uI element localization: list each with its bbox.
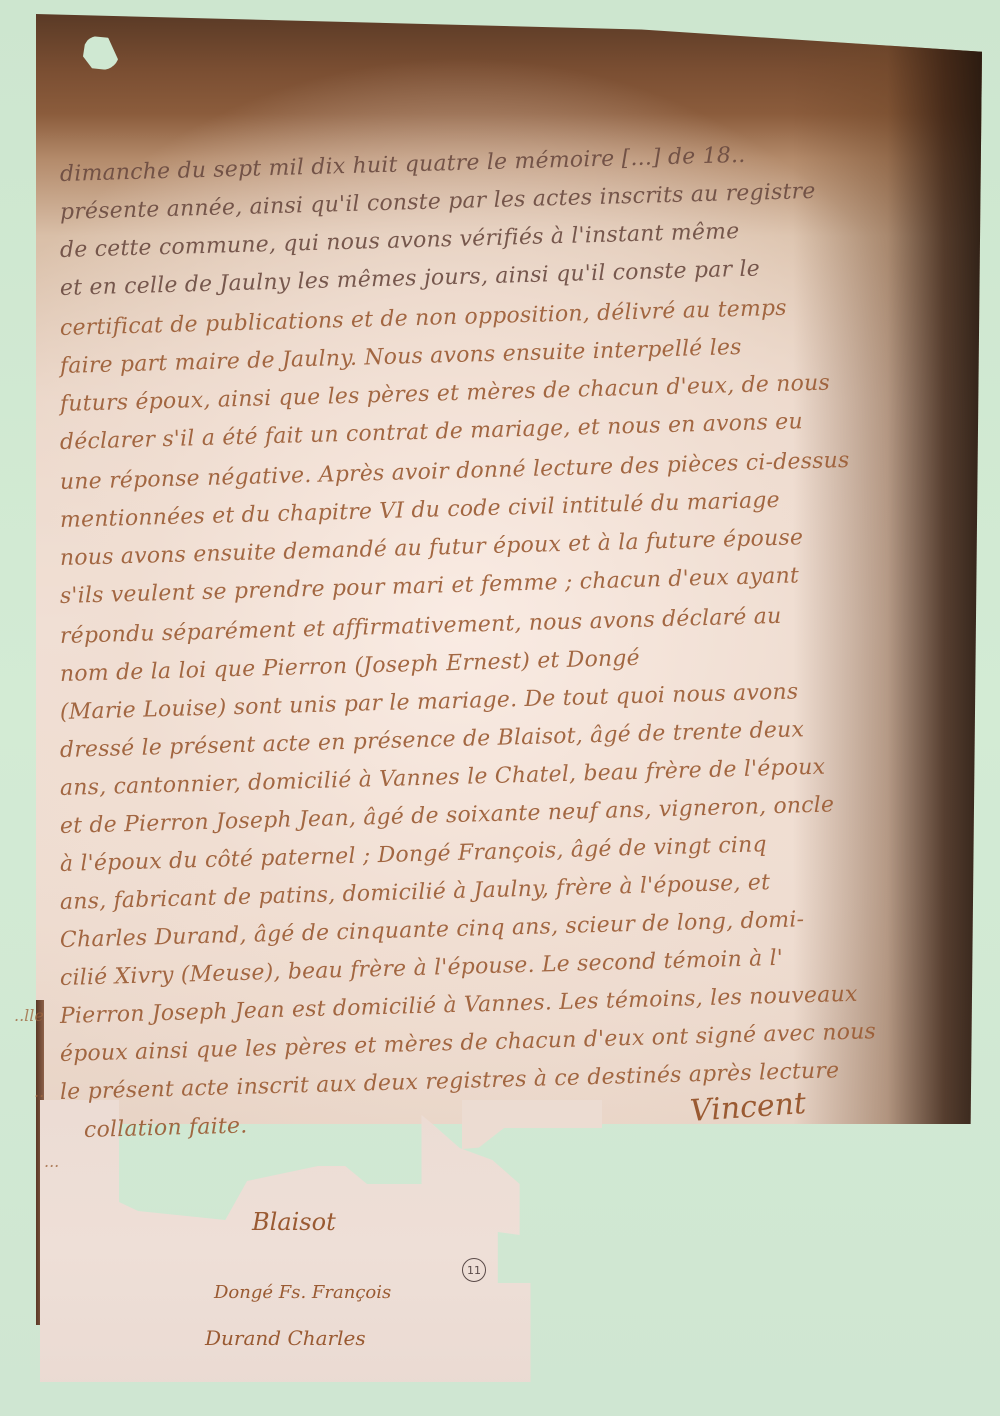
margin-note: ... bbox=[44, 1152, 59, 1171]
margin-note: ..lle bbox=[14, 1006, 44, 1025]
witness-signature: Durand Charles bbox=[205, 1326, 366, 1350]
manuscript-line: collation faite. bbox=[84, 1113, 248, 1143]
margin-note: .. bbox=[34, 1082, 44, 1101]
witness-signature: Blaisot bbox=[252, 1208, 336, 1236]
page-number-stamp: 11 bbox=[462, 1258, 486, 1282]
witness-signature: Dongé Fs. François bbox=[214, 1282, 391, 1303]
